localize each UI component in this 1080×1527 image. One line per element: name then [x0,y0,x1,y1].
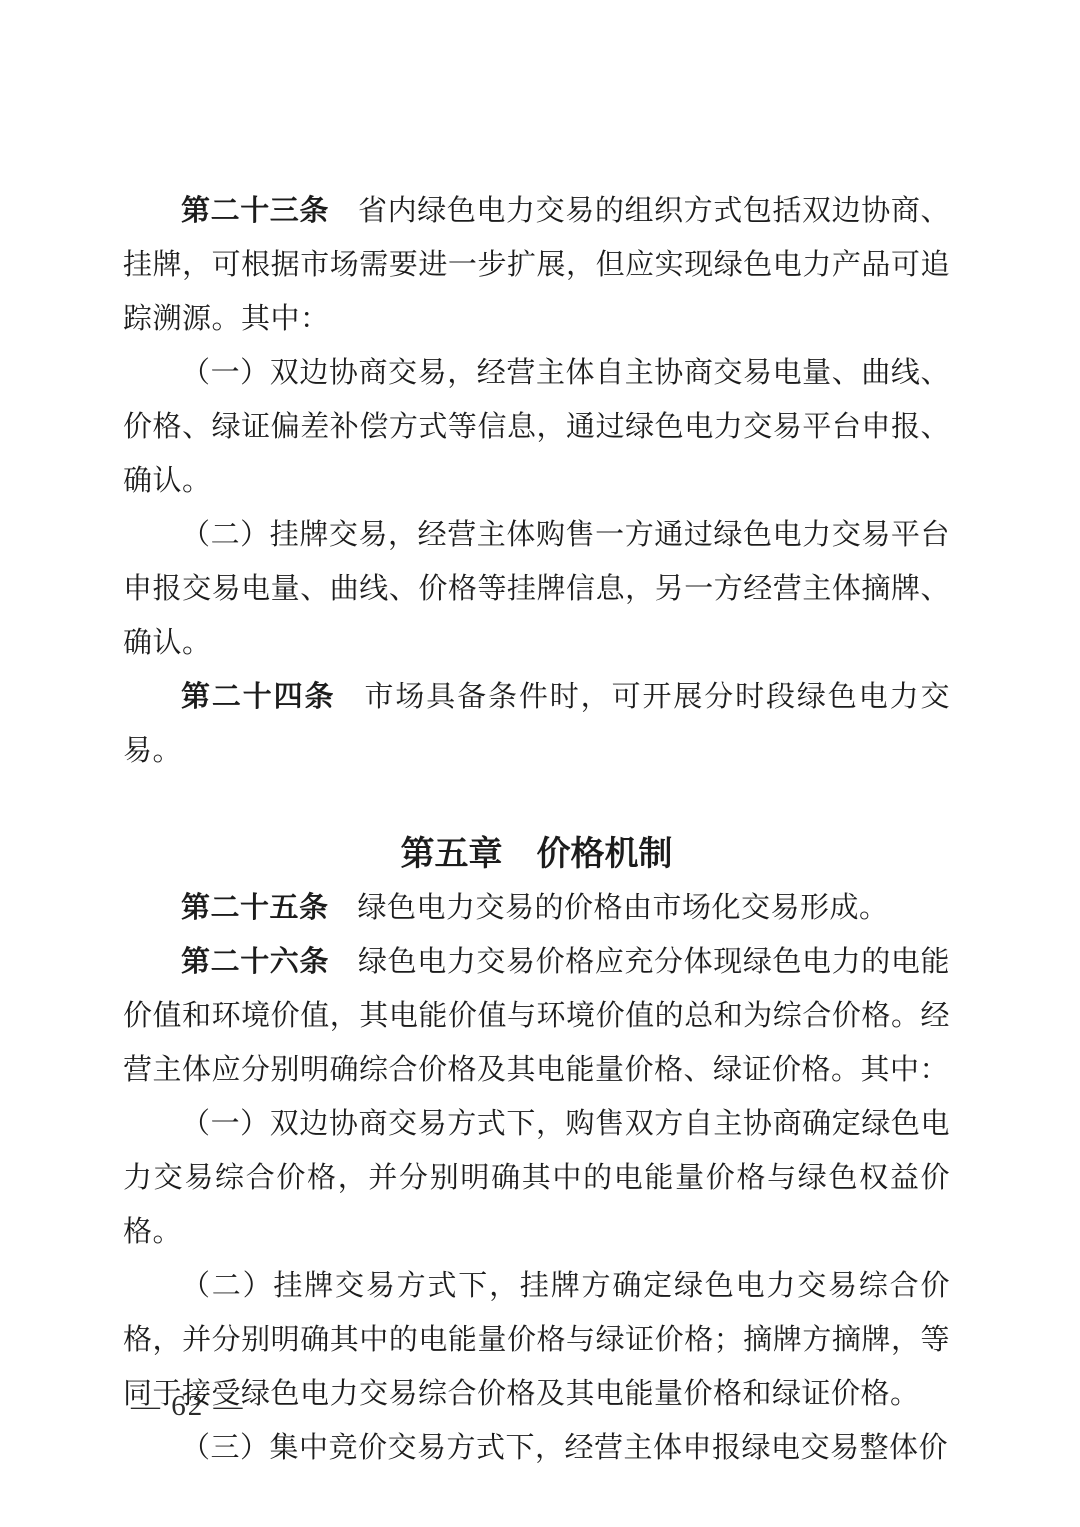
article-25-label: 第二十五条 [181,892,329,924]
clause-3-price-auction: （三）集中竞价交易方式下，经营主体申报绿电交易整体价 [123,1421,950,1475]
page-number: — 62 — [131,1379,245,1433]
article-23: 第二十三条省内绿色电力交易的组织方式包括双边协商、挂牌，可根据市场需要进一步扩展… [123,184,950,346]
article-24: 第二十四条市场具备条件时，可开展分时段绿色电力交易。 [123,670,950,778]
article-24-label: 第二十四条 [181,681,335,713]
chapter-5-heading: 第五章 价格机制 [123,827,950,881]
clause-1-price-bilateral-text: （一）双边协商交易方式下，购售双方自主协商确定绿色电力交易综合价格，并分别明确其… [123,1108,950,1248]
clause-3-price-auction-text: （三）集中竞价交易方式下，经营主体申报绿电交易整体价 [181,1432,948,1464]
clause-2-price-listing: （二）挂牌交易方式下，挂牌方确定绿色电力交易综合价格，并分别明确其中的电能量价格… [123,1259,950,1421]
document-content: 第二十三条省内绿色电力交易的组织方式包括双边协商、挂牌，可根据市场需要进一步扩展… [123,184,950,1475]
clause-2-listing-text: （二）挂牌交易，经营主体购售一方通过绿色电力交易平台申报交易电量、曲线、价格等挂… [123,519,950,659]
clause-1-bilateral-text: （一）双边协商交易，经营主体自主协商交易电量、曲线、价格、绿证偏差补偿方式等信息… [123,357,950,497]
article-23-label: 第二十三条 [181,195,329,227]
document-page: 第二十三条省内绿色电力交易的组织方式包括双边协商、挂牌，可根据市场需要进一步扩展… [0,0,1080,1527]
clause-2-price-listing-text: （二）挂牌交易方式下，挂牌方确定绿色电力交易综合价格，并分别明确其中的电能量价格… [123,1270,950,1410]
clause-1-price-bilateral: （一）双边协商交易方式下，购售双方自主协商确定绿色电力交易综合价格，并分别明确其… [123,1097,950,1259]
article-26-label: 第二十六条 [181,946,329,978]
clause-1-bilateral: （一）双边协商交易，经营主体自主协商交易电量、曲线、价格、绿证偏差补偿方式等信息… [123,346,950,508]
clause-2-listing: （二）挂牌交易，经营主体购售一方通过绿色电力交易平台申报交易电量、曲线、价格等挂… [123,508,950,670]
article-26: 第二十六条绿色电力交易价格应充分体现绿色电力的电能价值和环境价值，其电能价值与环… [123,935,950,1097]
article-25-text: 绿色电力交易的价格由市场化交易形成。 [358,892,889,924]
article-25: 第二十五条绿色电力交易的价格由市场化交易形成。 [123,881,950,935]
